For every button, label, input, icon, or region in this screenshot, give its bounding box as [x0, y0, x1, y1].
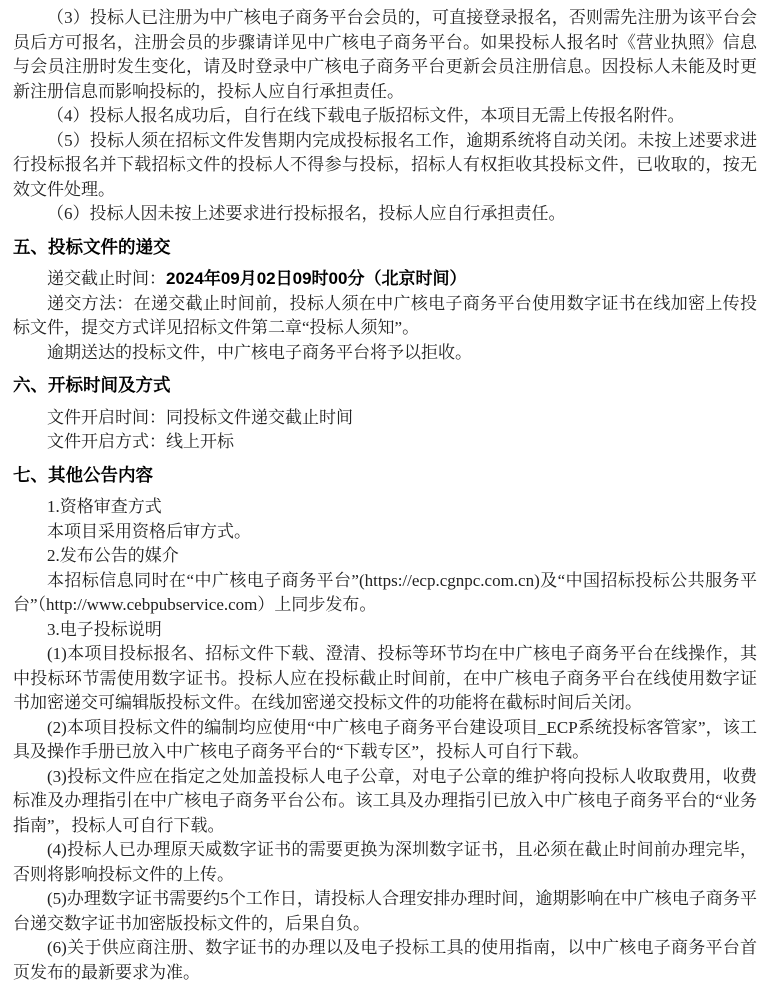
submission-deadline-value: 2024年09月02日09时00分（北京时间） — [166, 269, 466, 288]
e-bidding-title: 3.电子投标说明 — [13, 618, 757, 643]
submission-deadline-label: 递交截止时间： — [47, 269, 166, 288]
section-5-heading: 五、投标文件的递交 — [13, 235, 757, 260]
submission-deadline-line: 递交截止时间：2024年09月02日09时00分（北京时间） — [13, 267, 757, 292]
e-bidding-item-3: (3)投标文件应在指定之处加盖投标人电子公章，对电子公章的维护将向投标人收取费用… — [13, 765, 757, 839]
e-bidding-item-5: (5)办理数字证书需要约5个工作日，请投标人合理安排办理时间，逾期影响在中广核电… — [13, 887, 757, 936]
submission-method-line: 递交方法：在递交截止时间前，投标人须在中广核电子商务平台使用数字证书在线加密上传… — [13, 292, 757, 341]
e-bidding-item-6: (6)关于供应商注册、数字证书的办理以及电子投标工具的使用指南，以中广核电子商务… — [13, 936, 757, 984]
qualification-review-text: 本项目采用资格后审方式。 — [13, 520, 757, 545]
registration-clause-3: （3）投标人已注册为中广核电子商务平台会员的，可直接登录报名，否则需先注册为该平… — [13, 6, 757, 104]
section-7-heading: 七、其他公告内容 — [13, 463, 757, 488]
announcement-media-title: 2.发布公告的媒介 — [13, 544, 757, 569]
announcement-media-text: 本招标信息同时在“中广核电子商务平台”(https://ecp.cgnpc.co… — [13, 569, 757, 618]
registration-clause-4: （4）投标人报名成功后，自行在线下载电子版招标文件，本项目无需上传报名附件。 — [13, 104, 757, 129]
e-bidding-item-4: (4)投标人已办理原天威数字证书的需要更换为深圳数字证书，且必须在截止时间前办理… — [13, 838, 757, 887]
registration-clause-5: （5）投标人须在招标文件发售期内完成投标报名工作，逾期系统将自动关闭。未按上述要… — [13, 129, 757, 203]
tender-announcement-page: （3）投标人已注册为中广核电子商务平台会员的，可直接登录报名，否则需先注册为该平… — [0, 0, 770, 984]
e-bidding-item-2: (2)本项目投标文件的编制均应使用“中广核电子商务平台建设项目_ECP系统投标客… — [13, 716, 757, 765]
registration-clause-6: （6）投标人因未按上述要求进行投标报名，投标人应自行承担责任。 — [13, 202, 757, 227]
opening-method-line: 文件开启方式：线上开标 — [13, 430, 757, 455]
qualification-review-title: 1.资格审查方式 — [13, 495, 757, 520]
e-bidding-item-1: (1)本项目投标报名、招标文件下载、澄清、投标等环节均在中广核电子商务平台在线操… — [13, 642, 757, 716]
section-6-heading: 六、开标时间及方式 — [13, 373, 757, 398]
late-submission-line: 逾期送达的投标文件，中广核电子商务平台将予以拒收。 — [13, 341, 757, 366]
opening-time-line: 文件开启时间：同投标文件递交截止时间 — [13, 406, 757, 431]
